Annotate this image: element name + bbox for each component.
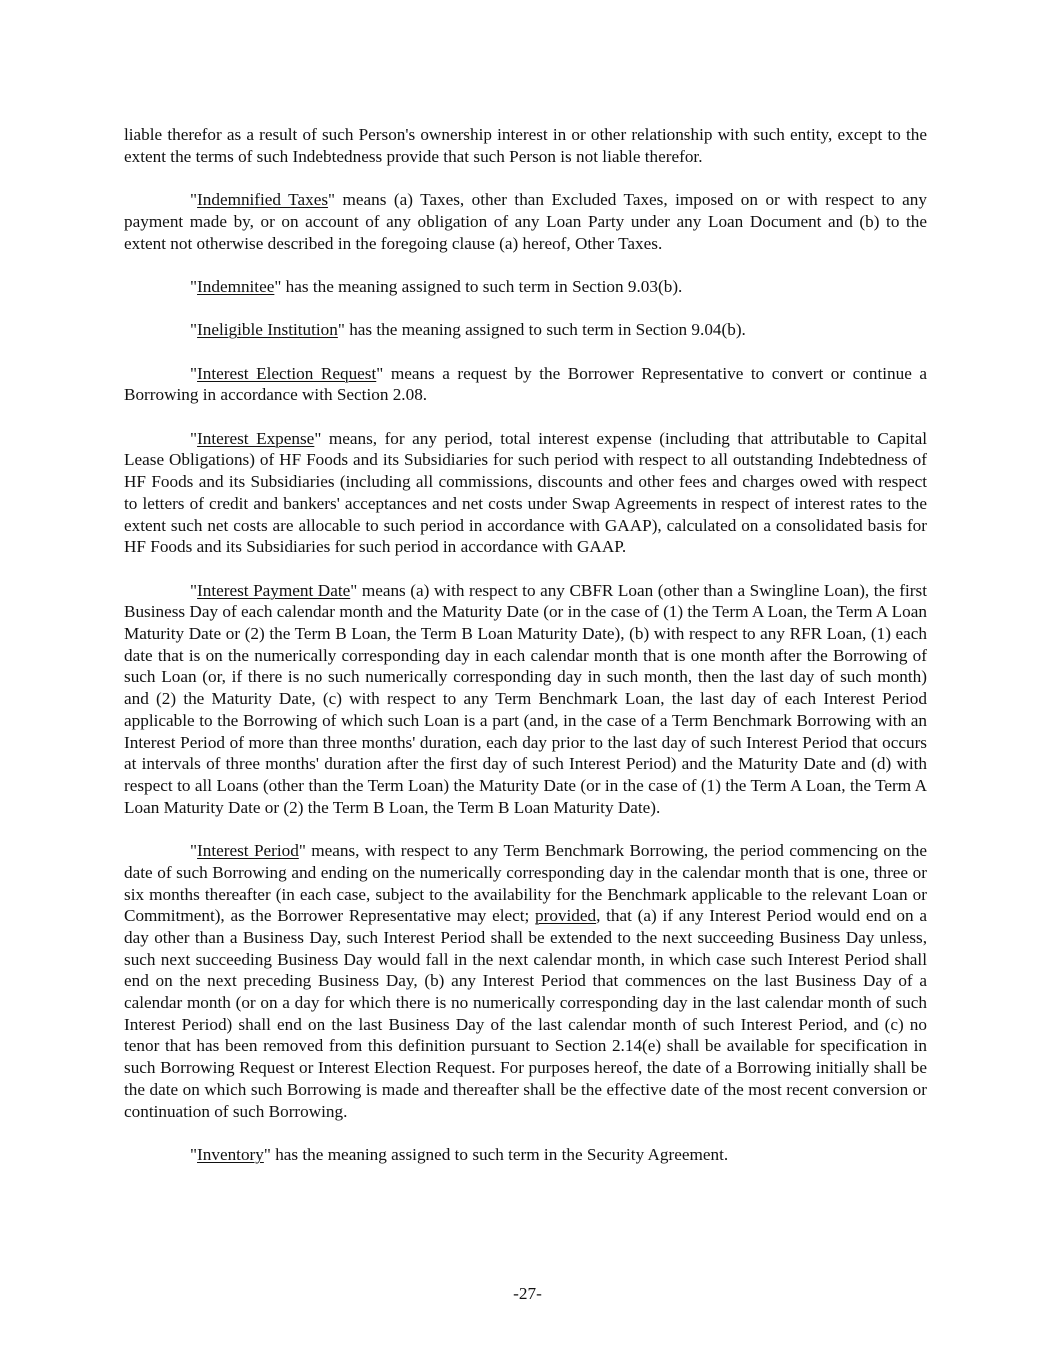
definition-interest-expense: "Interest Expense" means, for any period… <box>124 428 927 558</box>
quote-close: " <box>338 320 345 339</box>
quote-close: " <box>328 190 335 209</box>
definition-text: means (a) with respect to any CBFR Loan … <box>124 581 927 817</box>
defined-term: Indemnified Taxes <box>197 190 328 209</box>
definition-text-continued: , that (a) if any Interest Period would … <box>124 906 927 1120</box>
quote-open: " <box>190 190 197 209</box>
definition-interest-payment-date: "Interest Payment Date" means (a) with r… <box>124 580 927 819</box>
paragraph-continuation: liable therefor as a result of such Pers… <box>124 124 927 167</box>
paragraph-text: liable therefor as a result of such Pers… <box>124 125 927 166</box>
defined-term: Interest Period <box>197 841 299 860</box>
definition-text: has the meaning assigned to such term in… <box>271 1145 728 1164</box>
quote-open: " <box>190 1145 197 1164</box>
proviso-term: provided <box>535 906 596 925</box>
quote-close: " <box>299 841 306 860</box>
quote-close: " <box>264 1145 271 1164</box>
definition-interest-election-request: "Interest Election Request" means a requ… <box>124 363 927 406</box>
defined-term: Ineligible Institution <box>197 320 338 339</box>
document-page: liable therefor as a result of such Pers… <box>124 124 927 1187</box>
definition-text: has the meaning assigned to such term in… <box>345 320 746 339</box>
definition-indemnitee: "Indemnitee" has the meaning assigned to… <box>124 276 927 298</box>
defined-term: Inventory <box>197 1145 264 1164</box>
quote-open: " <box>190 841 197 860</box>
definition-interest-period: "Interest Period" means, with respect to… <box>124 840 927 1122</box>
defined-term: Indemnitee <box>197 277 274 296</box>
definition-indemnified-taxes: "Indemnified Taxes" means (a) Taxes, oth… <box>124 189 927 254</box>
page-number: -27- <box>0 1283 1055 1305</box>
quote-open: " <box>190 429 197 448</box>
quote-open: " <box>190 277 197 296</box>
defined-term: Interest Payment Date <box>197 581 350 600</box>
defined-term: Interest Election Request <box>197 364 376 383</box>
definition-text: has the meaning assigned to such term in… <box>281 277 682 296</box>
definition-inventory: "Inventory" has the meaning assigned to … <box>124 1144 927 1166</box>
quote-open: " <box>190 581 197 600</box>
quote-open: " <box>190 320 197 339</box>
defined-term: Interest Expense <box>197 429 314 448</box>
definition-ineligible-institution: "Ineligible Institution" has the meaning… <box>124 319 927 341</box>
quote-open: " <box>190 364 197 383</box>
